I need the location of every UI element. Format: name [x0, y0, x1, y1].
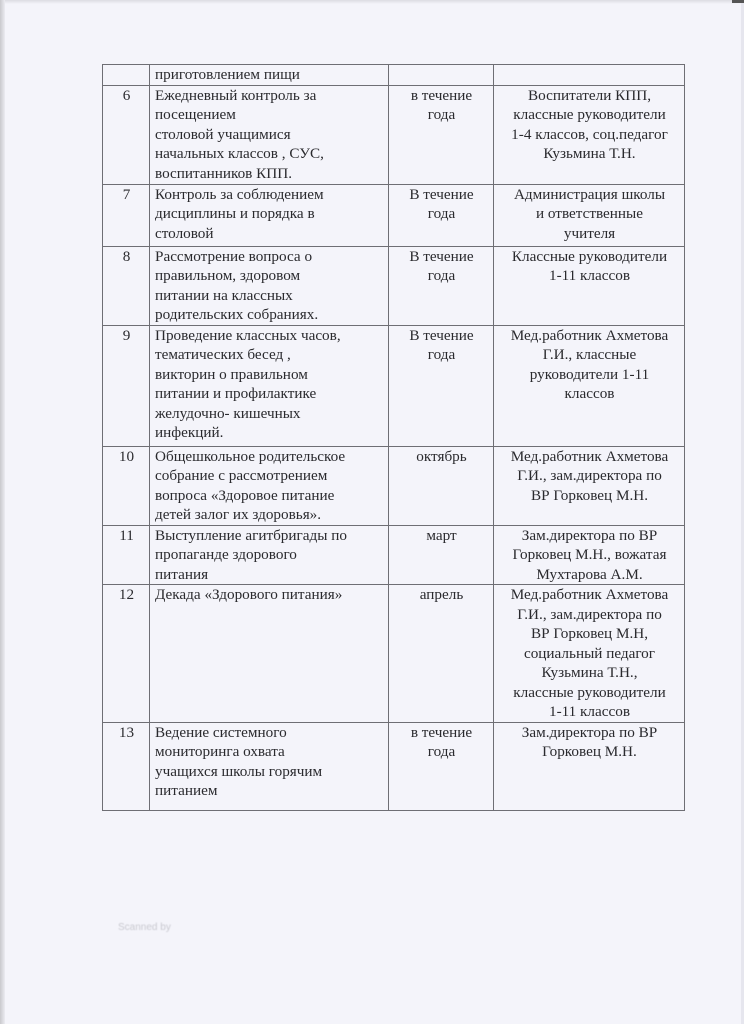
- scan-corner-mark: [732, 0, 744, 3]
- activity-line: воспитанников КПП.: [155, 164, 384, 184]
- table-row: 12Декада «Здорового питания»апрельМед.ра…: [103, 585, 685, 723]
- table-row: 7Контроль за соблюдениемдисциплины и пор…: [103, 184, 685, 246]
- responsible-line: Мухтарова А.М.: [499, 565, 680, 585]
- activity-cell: Ведение системногомониторинга охватаучащ…: [150, 722, 389, 810]
- term-line: март: [394, 526, 489, 546]
- activity-line: посещением: [155, 105, 384, 125]
- activity-line: питании и профилактике: [155, 384, 384, 404]
- activity-cell: Декада «Здорового питания»: [150, 585, 389, 723]
- responsible-line: 1-4 классов, соц.педагог: [499, 125, 680, 145]
- term-line: года: [394, 105, 489, 125]
- responsible-cell: Мед.работник АхметоваГ.И., зам.директора…: [494, 585, 685, 723]
- responsible-line: Горковец М.Н., вожатая: [499, 545, 680, 565]
- term-line: года: [394, 204, 489, 224]
- responsible-cell: [494, 65, 685, 86]
- activity-line: столовой: [155, 224, 384, 244]
- activity-line: викторин о правильном: [155, 365, 384, 385]
- activity-line: приготовлением пищи: [155, 65, 384, 85]
- term-line: года: [394, 742, 489, 762]
- activity-line: Выступление агитбригады по: [155, 526, 384, 546]
- activity-line: дисциплины и порядка в: [155, 204, 384, 224]
- responsible-line: Мед.работник Ахметова: [499, 585, 680, 605]
- term-cell: [389, 65, 494, 86]
- responsible-cell: Классные руководители1-11 классов: [494, 246, 685, 325]
- activity-line: Проведение классных часов,: [155, 326, 384, 346]
- responsible-line: 1-11 классов: [499, 702, 680, 722]
- activity-cell: Общешкольное родительскоесобрание с расс…: [150, 446, 389, 525]
- responsible-cell: Воспитатели КПП,классные руководители1-4…: [494, 85, 685, 184]
- responsible-line: Горковец М.Н.: [499, 742, 680, 762]
- term-line: года: [394, 266, 489, 286]
- table-row: 6Ежедневный контроль запосещениемстолово…: [103, 85, 685, 184]
- responsible-line: Г.И., зам.директора по: [499, 605, 680, 625]
- activity-cell: Рассмотрение вопроса оправильном, здоров…: [150, 246, 389, 325]
- activity-line: желудочно- кишечных: [155, 404, 384, 424]
- activity-line: мониторинга охвата: [155, 742, 384, 762]
- row-number-cell: 8: [103, 246, 150, 325]
- term-cell: В течениегода: [389, 184, 494, 246]
- activity-line: начальных классов , СУС,: [155, 144, 384, 164]
- responsible-line: Классные руководители: [499, 247, 680, 267]
- scan-edge-top: [0, 0, 744, 4]
- row-number-cell: 10: [103, 446, 150, 525]
- term-line: В течение: [394, 326, 489, 346]
- activity-line: питании на классных: [155, 286, 384, 306]
- activity-line: учащихся школы горячим: [155, 762, 384, 782]
- table-row: 8Рассмотрение вопроса оправильном, здоро…: [103, 246, 685, 325]
- term-line: года: [394, 345, 489, 365]
- responsible-cell: Администрация школыи ответственныеучител…: [494, 184, 685, 246]
- row-number-cell: 6: [103, 85, 150, 184]
- activity-line: родительских собраниях.: [155, 305, 384, 325]
- term-line: в течение: [394, 86, 489, 106]
- scanner-watermark: Scanned by: [118, 922, 171, 933]
- activity-line: питания: [155, 565, 384, 585]
- responsible-line: Зам.директора по ВР: [499, 526, 680, 546]
- term-line: В течение: [394, 185, 489, 205]
- activity-line: питанием: [155, 781, 384, 801]
- activity-line: инфекций.: [155, 423, 384, 443]
- row-number-cell: 9: [103, 325, 150, 446]
- activity-plan-table: приготовлением пищи 6Ежедневный контроль…: [102, 64, 685, 811]
- table-row: 9Проведение классных часов,тематических …: [103, 325, 685, 446]
- term-cell: в течениегода: [389, 85, 494, 184]
- activity-plan-body: приготовлением пищи 6Ежедневный контроль…: [103, 65, 685, 811]
- term-cell: В течениегода: [389, 246, 494, 325]
- row-number-cell: 13: [103, 722, 150, 810]
- activity-cell: Выступление агитбригады попропаганде здо…: [150, 525, 389, 585]
- responsible-line: ВР Горковец М.Н.: [499, 486, 680, 506]
- responsible-line: классные руководители: [499, 683, 680, 703]
- activity-line: правильном, здоровом: [155, 266, 384, 286]
- activity-line: пропаганде здорового: [155, 545, 384, 565]
- term-cell: В течениегода: [389, 325, 494, 446]
- responsible-line: ВР Горковец М.Н,: [499, 624, 680, 644]
- activity-line: вопроса «Здоровое питание: [155, 486, 384, 506]
- responsible-line: Мед.работник Ахметова: [499, 326, 680, 346]
- row-number-cell: [103, 65, 150, 86]
- responsible-line: социальный педагог: [499, 644, 680, 664]
- activity-cell: Ежедневный контроль запосещениемстоловой…: [150, 85, 389, 184]
- row-number-cell: 11: [103, 525, 150, 585]
- term-cell: октябрь: [389, 446, 494, 525]
- activity-line: Декада «Здорового питания»: [155, 585, 384, 605]
- responsible-line: Кузьмина Т.Н.: [499, 144, 680, 164]
- responsible-line: Администрация школы: [499, 185, 680, 205]
- activity-line: детей залог их здоровья».: [155, 505, 384, 525]
- table-row: 13Ведение системногомониторинга охватауч…: [103, 722, 685, 810]
- responsible-line: руководители 1-11: [499, 365, 680, 385]
- table-row: приготовлением пищи: [103, 65, 685, 86]
- activity-line: Ведение системного: [155, 723, 384, 743]
- term-cell: март: [389, 525, 494, 585]
- row-number-cell: 7: [103, 184, 150, 246]
- activity-cell: приготовлением пищи: [150, 65, 389, 86]
- responsible-line: учителя: [499, 224, 680, 244]
- responsible-line: Зам.директора по ВР: [499, 723, 680, 743]
- responsible-line: Г.И., зам.директора по: [499, 466, 680, 486]
- term-line: В течение: [394, 247, 489, 267]
- responsible-cell: Мед.работник АхметоваГ.И., классныеруков…: [494, 325, 685, 446]
- activity-line: Контроль за соблюдением: [155, 185, 384, 205]
- responsible-line: Кузьмина Т.Н.,: [499, 663, 680, 683]
- responsible-cell: Зам.директора по ВРГорковец М.Н.: [494, 722, 685, 810]
- term-line: октябрь: [394, 447, 489, 467]
- activity-line: Общешкольное родительское: [155, 447, 384, 467]
- activity-line: столовой учащимися: [155, 125, 384, 145]
- term-cell: апрель: [389, 585, 494, 723]
- activity-line: Ежедневный контроль за: [155, 86, 384, 106]
- term-line: апрель: [394, 585, 489, 605]
- scan-edge-left: [0, 0, 5, 1024]
- activity-line: тематических бесед ,: [155, 345, 384, 365]
- table-row: 10Общешкольное родительскоесобрание с ра…: [103, 446, 685, 525]
- responsible-line: и ответственные: [499, 204, 680, 224]
- responsible-line: Мед.работник Ахметова: [499, 447, 680, 467]
- term-line: в течение: [394, 723, 489, 743]
- activity-line: собрание с рассмотрением: [155, 466, 384, 486]
- responsible-cell: Мед.работник АхметоваГ.И., зам.директора…: [494, 446, 685, 525]
- responsible-line: 1-11 классов: [499, 266, 680, 286]
- activity-cell: Контроль за соблюдениемдисциплины и поря…: [150, 184, 389, 246]
- activity-cell: Проведение классных часов,тематических б…: [150, 325, 389, 446]
- row-number-cell: 12: [103, 585, 150, 723]
- responsible-line: Воспитатели КПП,: [499, 86, 680, 106]
- responsible-line: классные руководители: [499, 105, 680, 125]
- responsible-cell: Зам.директора по ВРГорковец М.Н., вожата…: [494, 525, 685, 585]
- term-cell: в течениегода: [389, 722, 494, 810]
- activity-line: Рассмотрение вопроса о: [155, 247, 384, 267]
- table-row: 11Выступление агитбригады попропаганде з…: [103, 525, 685, 585]
- responsible-line: классов: [499, 384, 680, 404]
- responsible-line: Г.И., классные: [499, 345, 680, 365]
